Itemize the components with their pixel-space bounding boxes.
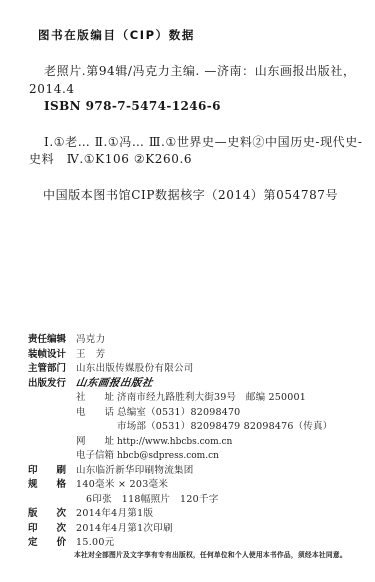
phone-label: 电话 [76,404,114,418]
row-format-2: 6印张 118幅照片 120千字 [28,491,365,506]
website-value: http://www.hbcbs.com.cn [117,437,232,447]
price-label: 定价 [28,534,66,548]
row-phone-2: 市场部（0531）82098479 82098476（传真） [28,418,365,433]
copyright-note: 本社对全部图片及文字享有专有出版权，任何单位和个人使用本书作品，须经本社同意。 [74,549,367,559]
row-publisher: 出版发行山东画报出版社 [28,375,365,390]
address-value: 济南市经九路胜利大街39号 邮编 250001 [117,392,306,403]
format-value: 140毫米 × 203毫米 [76,479,168,490]
book-copyright-page: 图书在版编目（CIP）数据 老照片.第94辑/冯克力主编. —济南：山东画报出版… [0,0,375,582]
cip-entry-line2: 2014.4 [29,81,361,99]
supervisor-label: 主管部门 [28,360,66,374]
cip-classification-line1: Ⅰ.①老… Ⅱ.①冯… Ⅲ.①世界史—史料②中国历史-现代史- [29,134,361,152]
format-label: 规格 [28,476,66,490]
row-phone: 电话总编室（0531）82098470 [28,404,365,419]
editor-label: 责任编辑 [28,331,66,345]
row-design: 装帧设计王 芳 [28,346,365,361]
printer-label: 印刷 [28,462,66,476]
phone-value: 总编室（0531）82098470 [117,407,240,418]
supervisor-value: 山东出版传媒股份有限公司 [76,363,194,374]
address-label: 社址 [76,389,114,403]
row-edition: 版次2014年4月第1版 [28,505,365,520]
cip-record-number: 中国版本图书馆CIP数据核字（2014）第054787号 [29,187,361,205]
row-address: 社址济南市经九路胜利大街39号 邮编 250001 [28,389,365,404]
cip-entry-line1: 老照片.第94辑/冯克力主编. —济南：山东画报出版社， [29,63,361,81]
cip-isbn: ISBN 978-7-5474-1246-6 [29,98,361,116]
row-printer: 印刷山东临沂新华印刷物流集团 [28,462,365,477]
edition-value: 2014年4月第1版 [76,508,153,519]
publisher-logo: 山东画报出版社 [75,375,154,390]
cip-title: 图书在版编目（CIP）数据 [38,28,361,42]
printer-value: 山东临沂新华印刷物流集团 [76,465,194,476]
row-email: 电子信箱hbcb@sdpress.com.cn [28,447,365,462]
email-value: hbcb@sdpress.com.cn [117,451,219,461]
colophon-block: 责任编辑冯克力 装帧设计王 芳 主管部门山东出版传媒股份有限公司 出版发行山东画… [28,331,365,549]
publisher-label: 出版发行 [28,375,66,389]
editor-value: 冯克力 [76,334,105,345]
row-website: 网址http://www.hbcbs.com.cn [28,433,365,448]
design-value: 王 芳 [76,349,105,360]
email-label: 电子信箱 [76,447,114,461]
impression-value: 2014年4月第1次印刷 [76,523,173,534]
website-label: 网址 [76,433,114,447]
price-value: 15.00元 [76,537,115,548]
edition-label: 版次 [28,505,66,519]
row-format: 规格140毫米 × 203毫米 [28,476,365,491]
row-editor: 责任编辑冯克力 [28,331,365,346]
row-price: 定价15.00元 [28,534,365,549]
design-label: 装帧设计 [28,346,66,360]
row-supervisor: 主管部门山东出版传媒股份有限公司 [28,360,365,375]
impression-label: 印次 [28,520,66,534]
cip-block: 图书在版编目（CIP）数据 老照片.第94辑/冯克力主编. —济南：山东画报出版… [29,28,361,204]
cip-classification-line2: 史料 Ⅳ.①K106 ②K260.6 [29,151,361,169]
row-impression: 印次2014年4月第1次印刷 [28,520,365,535]
